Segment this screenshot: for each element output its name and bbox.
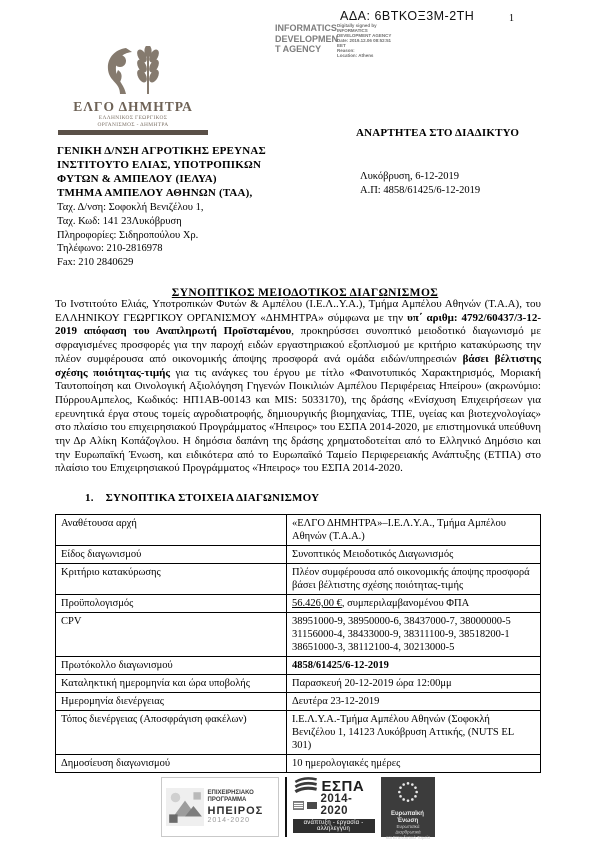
row-value: Δευτέρα 23-12-2019 [287,693,541,711]
row-label: Τόπος διενέργειας (Αποσφράγιση φακέλων) [56,711,287,755]
signature-agency-name: INFORMATICS DEVELOPMEN T AGENCY [275,23,331,86]
contact-person: Πληροφορίες: Σιδηροπούλου Χρ. [57,229,204,243]
demeter-wheat-icon [90,46,176,98]
row-label: Προϋπολογισμός [56,595,287,613]
section-title: ΣΥΝΟΠΤΙΚΑ ΣΤΟΙΧΕΙΑ ΔΙΑΓΩΝΙΣΜΟΥ [106,492,320,504]
row-label: Είδος διαγωνισμού [56,546,287,564]
row-label: Ημερομηνία διενέργειας [56,693,287,711]
summary-table: Αναθέτουσα αρχή «ΕΛΓΟ ΔΗΜΗΤΡΑ»–Ι.Ε.Λ.Υ.Α… [55,514,541,773]
eu-flag-icon [307,802,317,809]
european-union-logo: Ευρωπαϊκή Ένωση Ευρωπαϊκά Διαρθρωτικά κα… [381,777,435,837]
logo-title: ΕΛΓΟ ΔΗΜΗΤΡΑ [58,99,208,115]
body-segment: για τις ανάγκες του έργου με τίτλο «Φαιν… [55,367,541,475]
epirus-program-icon [166,788,204,826]
row-value: 10 ημερολογιακές ημέρες [287,755,541,773]
contact-block: Ταχ. Δ/νση: Σοφοκλή Βενιζέλου 1, Ταχ. Κω… [57,201,204,270]
table-row: Είδος διαγωνισμού Συνοπτικός Μειοδοτικός… [56,546,541,564]
eu-funds-line1: Ευρωπαϊκά Διαρθρωτικά [383,826,432,836]
epirus-years: 2014-2020 [208,817,264,824]
ada-code: ΑΔΑ: 6ΒΤΚΟΞ3Μ-2ΤΗ [340,9,474,23]
protocol-number: Α.Π: 4858/61425/6-12-2019 [360,184,480,198]
cpv-line: 31156000-4, 38433000-9, 38311100-9, 3851… [292,628,535,641]
row-value: Παρασκευή 20-12-2019 ώρα 12:00μμ [287,675,541,693]
org-line: ΓΕΝΙΚΗ Δ/ΝΣΗ ΑΓΡΟΤΙΚΗΣ ΕΡΕΥΝΑΣ [57,144,266,158]
table-row: Προϋπολογισμός 56.426,00 €, συμπεριλαμβα… [56,595,541,613]
signature-details: Digitally signed by INFORMATICS DEVELOPM… [337,23,432,58]
row-value: Ι.Ε.Λ.Υ.Α.-Τμήμα Αμπέλου Αθηνών (Σοφοκλή… [287,711,541,755]
cpv-line: 38951000-9, 38950000-6, 38437000-7, 3800… [292,615,535,628]
row-value: 38951000-9, 38950000-6, 38437000-7, 3800… [287,613,541,657]
footer-divider [285,777,287,837]
body-paragraph: Το Ινστιτούτο Ελιάς, Υποτροπικών Φυτών &… [55,298,541,476]
anartitea-label: ΑΝΑΡΤΗΤΕΑ ΣΤΟ ΔΙΑΔΙΚΤΥΟ [356,127,519,139]
epirus-program-logo: ΕΠΙΧΕΙΡΗΣΙΑΚΟ ΠΡΟΓΡΑΜΜΑ ΗΠΕΙΡΟΣ 2014-202… [161,777,279,837]
org-line: ΤΜΗΜΑ ΑΜΠΕΛΟΥ ΑΘΗΝΩΝ (ΤΑΑ), [57,186,266,200]
contact-fax: Fax: 210 2840629 [57,256,204,270]
footer-logos: ΕΠΙΧΕΙΡΗΣΙΑΚΟ ΠΡΟΓΡΑΜΜΑ ΗΠΕΙΡΟΣ 2014-202… [161,777,435,837]
row-value: Συνοπτικός Μειοδοτικός Διαγωνισμός [287,546,541,564]
eu-name: Ευρωπαϊκή Ένωση [381,811,435,825]
contact-postcode: Ταχ. Κωδ: 141 23Λυκόβρυση [57,215,204,229]
date-protocol-block: Λυκόβρυση, 6-12-2019 Α.Π: 4858/61425/6-1… [360,170,480,198]
contact-address: Ταχ. Δ/νση: Σοφοκλή Βενιζέλου 1, [57,201,204,215]
row-value: 56.426,00 €, συμπεριλαμβανομένου ΦΠΑ [287,595,541,613]
row-label: Δημοσίευση διαγωνισμού [56,755,287,773]
espa-tagline: ανάπτυξη - εργασία - αλληλεγγύη [293,819,375,833]
budget-amount: 56.426,00 € [292,598,342,609]
city-date: Λυκόβρυση, 6-12-2019 [360,170,480,184]
row-label: Καταληκτική ημερομηνία και ώρα υποβολής [56,675,287,693]
digital-signature-stamp: INFORMATICS DEVELOPMEN T AGENCY Digitall… [275,23,507,86]
org-line: ΦΥΤΩΝ & ΑΜΠΕΛΟΥ (ΙΕΛΥΑ) [57,172,266,186]
row-value: 4858/61425/6-12-2019 [287,657,541,675]
page-number: 1 [509,13,514,24]
logo-subtitle-1: ΕΛΛΗΝΙΚΟΣ ΓΕΩΡΓΙΚΟΣ [66,115,201,121]
espa-years: 2014-2020 [320,793,374,817]
table-row: Πρωτόκολλο διαγωνισμού 4858/61425/6-12-2… [56,657,541,675]
table-row: Καταληκτική ημερομηνία και ώρα υποβολής … [56,675,541,693]
row-label: CPV [56,613,287,657]
contact-phone: Τηλέφωνο: 210-2816978 [57,242,204,256]
cpv-line: 38651000-3, 38112100-4, 30213000-5 [292,641,535,654]
row-label: Πρωτόκολλο διαγωνισμού [56,657,287,675]
table-row: Ημερομηνία διενέργειας Δευτέρα 23-12-201… [56,693,541,711]
table-row: Δημοσίευση διαγωνισμού 10 ημερολογιακές … [56,755,541,773]
espa-logo: ΕΣΠΑ 2014-2020 ανάπτυξη - εργασία - αλλη… [293,777,375,837]
eu-funds-line2: και Επενδυτικά Ταμεία [383,836,432,841]
org-line: ΙΝΣΤΙΤΟΥΤΟ ΕΛΙΑΣ, ΥΠΟΤΡΟΠΙΚΩΝ [57,158,266,172]
logo-subtitle-2: ΟΡΓΑΝΙΣΜΟΣ - ΔΗΜΗΤΡΑ [66,122,201,128]
budget-suffix: , συμπεριλαμβανομένου ΦΠΑ [342,598,469,609]
logo-bar [58,130,208,135]
eu-stars-icon [395,779,421,805]
row-label: Αναθέτουσα αρχή [56,515,287,546]
epirus-name: ΗΠΕΙΡΟΣ [208,805,264,817]
section-number: 1. [85,492,94,504]
table-row: CPV 38951000-9, 38950000-6, 38437000-7, … [56,613,541,657]
row-value: Πλέον συμφέρουσα από οικονομικής άποψης … [287,564,541,595]
table-row: Αναθέτουσα αρχή «ΕΛΓΟ ΔΗΜΗΤΡΑ»–Ι.Ε.Λ.Υ.Α… [56,515,541,546]
row-label: Κριτήριο κατακύρωσης [56,564,287,595]
table-row: Κριτήριο κατακύρωσης Πλέον συμφέρουσα απ… [56,564,541,595]
espa-name: ΕΣΠΑ [322,778,365,795]
epirus-program-line1: ΕΠΙΧΕΙΡΗΣΙΑΚΟ [208,790,264,797]
epirus-program-line2: ΠΡΟΓΡΑΜΜΑ [208,797,264,804]
elgo-dimitra-logo: ΕΛΓΟ ΔΗΜΗΤΡΑ ΕΛΛΗΝΙΚΟΣ ΓΕΩΡΓΙΚΟΣ ΟΡΓΑΝΙΣ… [58,46,208,135]
document-page: ΑΔΑ: 6ΒΤΚΟΞ3Μ-2ΤΗ 1 INFORMATICS DEVELOPM… [0,0,595,842]
table-row: Τόπος διενέργειας (Αποσφράγιση φακέλων) … [56,711,541,755]
greek-flag-icon [293,801,305,810]
section-heading: 1.ΣΥΝΟΠΤΙΚΑ ΣΤΟΙΧΕΙΑ ΔΙΑΓΩΝΙΣΜΟΥ [85,492,319,504]
row-value: «ΕΛΓΟ ΔΗΜΗΤΡΑ»–Ι.Ε.Λ.Υ.Α., Τμήμα Αμπέλου… [287,515,541,546]
organization-block: ΓΕΝΙΚΗ Δ/ΝΣΗ ΑΓΡΟΤΙΚΗΣ ΕΡΕΥΝΑΣ ΙΝΣΤΙΤΟΥΤ… [57,144,266,200]
